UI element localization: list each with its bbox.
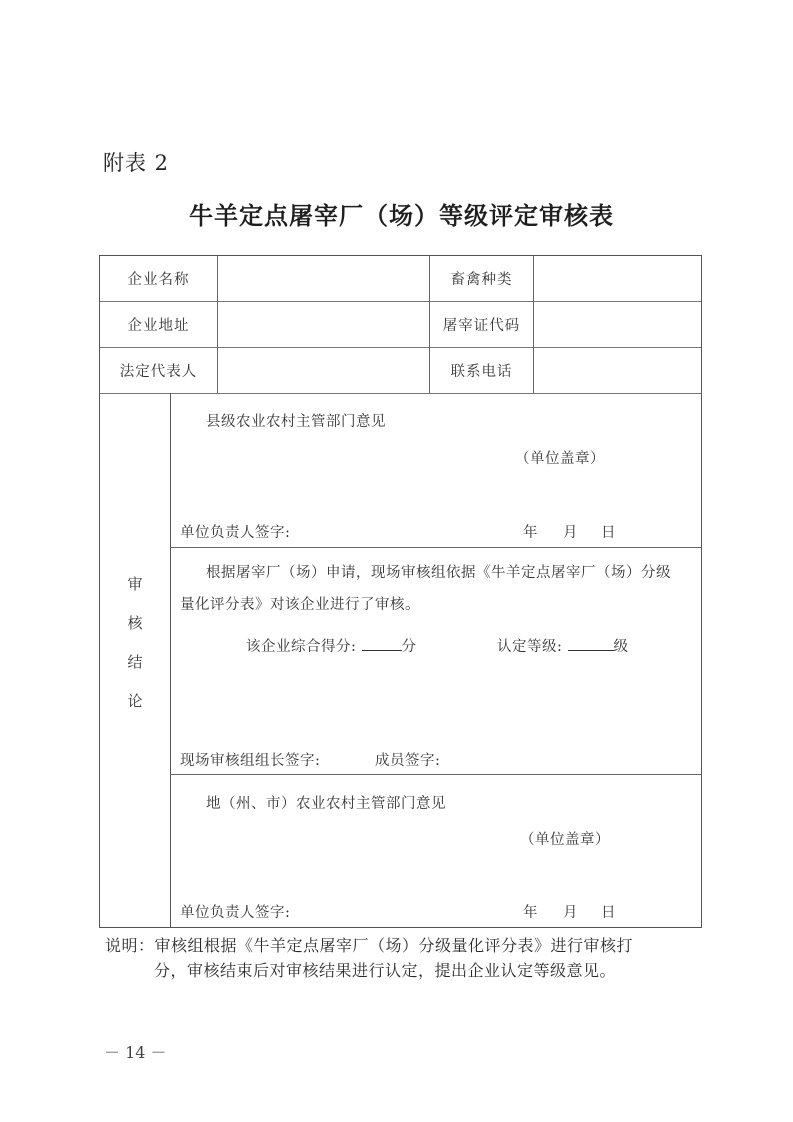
- county-date-month: 月: [563, 521, 578, 542]
- page-number: － 14 －: [104, 1040, 167, 1063]
- footnote-line1: 说明：审核组根据《牛羊定点屠宰厂（场）分级量化评分表》进行审核打: [105, 933, 633, 958]
- review-conclusion-side: 审 核 结 论: [100, 393, 171, 927]
- grade-input[interactable]: [568, 636, 614, 651]
- grade-label: 认定等级:: [497, 639, 562, 655]
- info-row-company-name: 企业名称 畜禽种类: [100, 256, 701, 302]
- score-input[interactable]: [362, 636, 402, 651]
- info-row-company-address: 企业地址 屠宰证代码: [100, 301, 701, 348]
- prefecture-date-day: 日: [601, 901, 616, 922]
- county-stamp-label: （单位盖章）: [515, 447, 605, 468]
- member-signature-label: 成员签字:: [375, 749, 440, 770]
- label-legal-representative: 法定代表人: [100, 347, 217, 393]
- field-company-name[interactable]: [218, 256, 429, 301]
- label-slaughter-cert-code: 屠宰证代码: [430, 301, 533, 347]
- score-unit: 分: [402, 639, 417, 655]
- prefecture-opinion-section[interactable]: 地（州、市）农业农村主管部门意见 （单位盖章） 单位负责人签字: 年 月 日: [170, 774, 701, 926]
- score-row: 该企业综合得分: 分: [246, 635, 417, 656]
- footnote: 说明：审核组根据《牛羊定点屠宰厂（场）分级量化评分表》进行审核打 分，审核结束后…: [105, 933, 633, 983]
- review-form-table: 企业名称 畜禽种类 企业地址 屠宰证代码 法定代表人 联系电话 审 核 结 论: [99, 255, 702, 928]
- label-company-address: 企业地址: [100, 301, 217, 347]
- field-company-address[interactable]: [218, 301, 429, 347]
- field-livestock-type[interactable]: [534, 256, 701, 301]
- grade-unit: 级: [614, 639, 629, 655]
- prefecture-opinion-heading: 地（州、市）农业农村主管部门意见: [206, 792, 446, 813]
- county-opinion-heading: 县级农业农村主管部门意见: [206, 410, 386, 431]
- attachment-label: 附表 2: [103, 147, 169, 177]
- county-signature-label: 单位负责人签字:: [180, 521, 290, 542]
- footnote-line2: 分，审核结束后对审核结果进行认定，提出企业认定等级意见。: [105, 958, 633, 983]
- review-conclusion-label: 审 核 结 论: [100, 573, 170, 729]
- onsite-review-section[interactable]: 根据屠宰厂（场）申请，现场审核组依据《牛羊定点屠宰厂（场）分级 量化评分表》对该…: [170, 547, 701, 775]
- county-opinion-section[interactable]: 县级农业农村主管部门意见 （单位盖章） 单位负责人签字: 年 月 日: [170, 393, 701, 548]
- onsite-paragraph-line2: 量化评分表》对该企业进行了审核。: [180, 593, 420, 614]
- grade-row: 认定等级: 级: [497, 635, 629, 656]
- prefecture-stamp-label: （单位盖章）: [520, 828, 610, 849]
- county-date-day: 日: [601, 521, 616, 542]
- info-row-legal-rep: 法定代表人 联系电话: [100, 347, 701, 394]
- leader-signature-label: 现场审核组组长签字:: [180, 749, 320, 770]
- score-label: 该企业综合得分:: [246, 639, 356, 655]
- onsite-paragraph-line1: 根据屠宰厂（场）申请，现场审核组依据《牛羊定点屠宰厂（场）分级: [206, 561, 671, 582]
- prefecture-date-month: 月: [563, 901, 578, 922]
- label-livestock-type: 畜禽种类: [430, 256, 533, 301]
- prefecture-date-year: 年: [523, 901, 538, 922]
- page-title: 牛羊定点屠宰厂（场）等级评定审核表: [0, 196, 793, 231]
- field-contact-phone[interactable]: [534, 347, 701, 393]
- prefecture-signature-label: 单位负责人签字:: [180, 901, 290, 922]
- county-date-year: 年: [523, 521, 538, 542]
- field-legal-representative[interactable]: [218, 347, 429, 393]
- label-company-name: 企业名称: [100, 256, 217, 301]
- label-contact-phone: 联系电话: [430, 347, 533, 393]
- field-slaughter-cert-code[interactable]: [534, 301, 701, 347]
